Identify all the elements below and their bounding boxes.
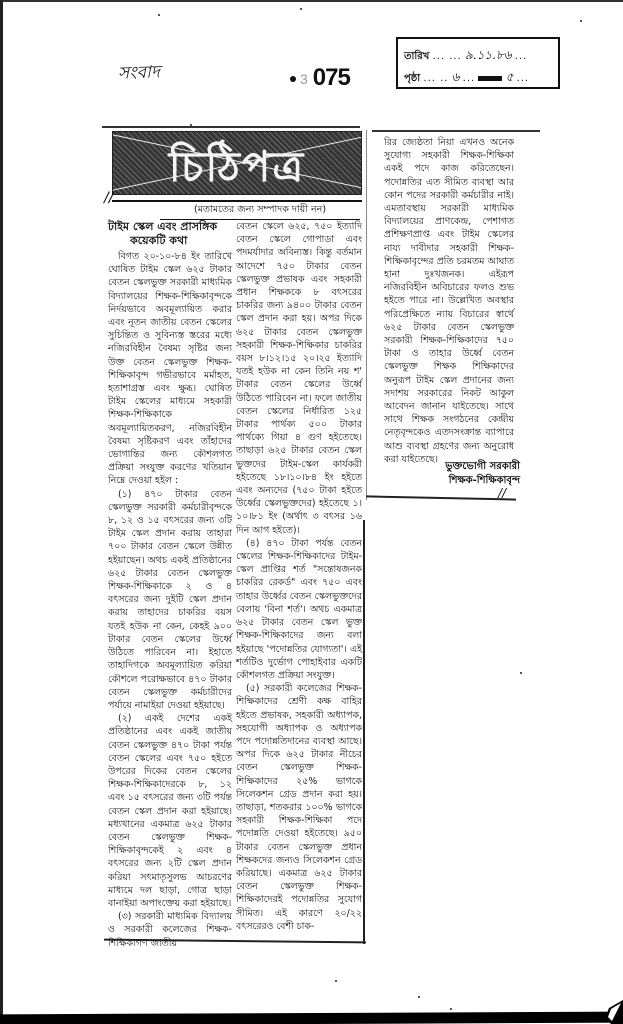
stamp-date-value: ৯.১১.৮৬ (465, 48, 512, 62)
paragraph: বিগত ২০-১০-৮৪ ইং তারিখে ঘোষিত টাইম স্কেল… (108, 250, 232, 488)
bullet-mark (290, 76, 296, 82)
scan-speck (300, 8, 302, 10)
section-title: চিঠিপত্র (113, 134, 361, 195)
continuation-left-border (366, 130, 367, 500)
stamp-date-label: তারিখ (404, 51, 429, 62)
scan-speck (418, 996, 420, 998)
margin-slash-mark: // (104, 190, 113, 206)
scan-edge-bottom (0, 1012, 623, 1024)
article-column-3: রির জ্যেষ্ঠতা নিয়া এখনও অনেক সুযোগ্য সহ… (384, 136, 514, 466)
scan-speck (158, 14, 160, 16)
signature-line-1: ভুক্তভোগী সরকারী (420, 460, 520, 474)
scan-edge-top (0, 0, 623, 2)
struck-out-mark (478, 76, 502, 81)
archive-page-number: 3075 (290, 64, 350, 92)
paragraph: (২) একই দেশের একই প্রতিষ্ঠানের এবং একই জ… (108, 712, 232, 910)
editor-disclaimer: (মতামতের জন্য সম্পাদক দায়ী নন) (160, 203, 360, 220)
stamp-page-value: ৬ (452, 70, 460, 84)
clipping-top-border (102, 126, 360, 128)
stamp-page-label: পৃষ্ঠা (404, 73, 420, 84)
headline-line-1: টাইম স্কেল এবং প্রাসঙ্গিক (108, 220, 217, 233)
scan-speck (335, 980, 337, 982)
paragraph: (৪) ৪৭০ টাকা পর্যন্ত বেতন স্কেলের শিক্ষক… (236, 537, 362, 682)
stamp-dots: ... ... (433, 51, 462, 62)
stamp-dots: ... (517, 73, 530, 84)
stamp-column-value: ৫ (506, 70, 514, 84)
paragraph: (১) ৪৭০ টাকার বেতন স্কেলভুক্ত সরকারী কর্… (108, 488, 232, 712)
stamp-dots: ... (463, 73, 476, 84)
scan-speck (520, 672, 522, 674)
headline-line-2: কয়েকটি কথা (108, 234, 232, 248)
stamp-dots: ... (515, 51, 528, 62)
scan-edge-left (0, 0, 3, 1024)
continuation-bottom-border (366, 495, 516, 500)
scan-speck (190, 124, 192, 126)
page-corner-fold-icon (603, 994, 623, 1024)
letter-signature: ভুক্তভোগী সরকারী শিক্ষক-শিক্ষিকাবৃন্দ (420, 460, 520, 488)
section-masthead-banner: চিঠিপত্র (112, 131, 362, 195)
continuation-top-border (372, 130, 540, 132)
clipping-right-border (363, 520, 365, 944)
letter-headline: টাইম স্কেল এবং প্রাসঙ্গিক কয়েকটি কথা (108, 220, 232, 248)
page-number-value: 075 (313, 64, 350, 91)
scan-speck (450, 1008, 452, 1010)
stamp-dots: ... .. (423, 73, 448, 84)
paragraph: বেতন স্কেলে ৬২৫, ৭৫০ ইত্যাদি বেতন স্কেলে… (236, 220, 362, 537)
stamp-date-row: তারিখ ... ... ৯.১১.৮৬ ... (404, 45, 552, 67)
paragraph: রির জ্যেষ্ঠতা নিয়া এখনও অনেক সুযোগ্য সহ… (384, 136, 514, 466)
paragraph: (৩) সরকারী মাধ্যমিক বিদ্যালয় ও সরকারী ক… (108, 910, 232, 950)
paragraph: (৫) সরকারী কলেজের শিক্ষক-শিক্ষিকাদের শ্র… (236, 682, 362, 933)
handwritten-source-note: সংবাদ (118, 59, 161, 88)
article-column-2: বেতন স্কেলে ৬২৫, ৭৫০ ইত্যাদি বেতন স্কেলে… (236, 220, 362, 933)
masthead-rule (112, 200, 362, 202)
scan-speck (580, 20, 582, 22)
article-column-1: টাইম স্কেল এবং প্রাসঙ্গিক কয়েকটি কথা বি… (108, 220, 232, 950)
stamp-page-row: পৃষ্ঠা ... .. ৬ ... ৫ ... (404, 67, 552, 89)
page-number-prefix: 3 (300, 71, 307, 87)
date-page-stamp: তারিখ ... ... ৯.১১.৮৬ ... পৃষ্ঠা ... .. … (396, 37, 560, 89)
